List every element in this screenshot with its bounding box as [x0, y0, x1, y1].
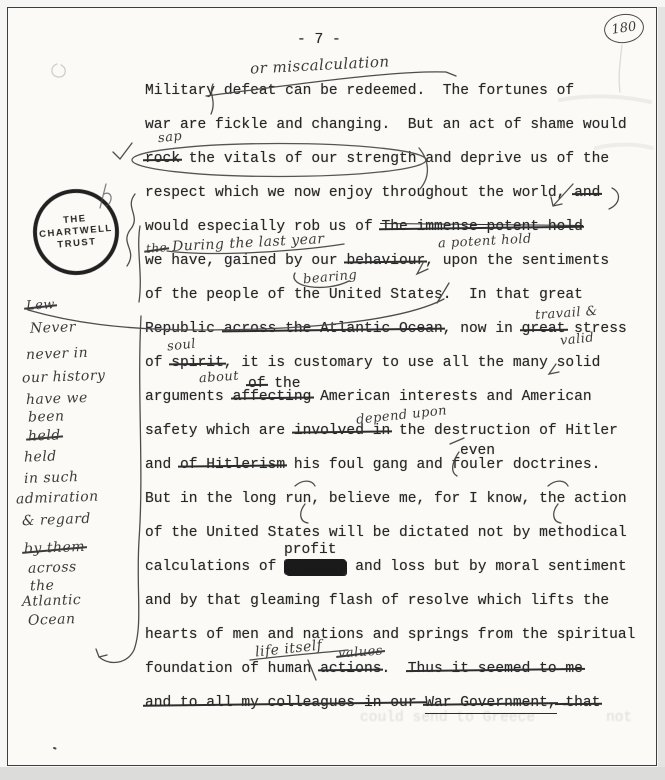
typed-line: arguments affecting American interests a… — [145, 387, 592, 407]
typed-line: war are fickle and changing. But an act … — [145, 115, 627, 135]
typed-line: hearts of men and nations and springs fr… — [145, 625, 635, 645]
margin-note: never in — [26, 345, 89, 363]
typed-line: Military defeat can be redeemed. The for… — [145, 81, 574, 101]
margin-note: have we — [26, 390, 88, 408]
typed-line: of the United States will be dictated no… — [145, 523, 627, 543]
typed-line: But in the long run, believe me, for I k… — [145, 489, 627, 509]
margin-note: across — [28, 559, 77, 577]
stamp-line: TRUST — [57, 236, 97, 251]
margin-note: by them — [24, 539, 86, 557]
margin-note: the — [30, 578, 55, 595]
page-number: - 7 - — [297, 30, 341, 50]
typed-line: calculations of product and loss but by … — [145, 557, 627, 577]
typed-line: Republic across the Atlantic Ocean, now … — [145, 319, 627, 339]
typed-line: and by that gleaming flash of resolve wh… — [145, 591, 609, 611]
margin-note: in such — [24, 469, 79, 487]
margin-note: admiration — [16, 489, 99, 508]
deleted-values: values — [338, 643, 384, 661]
insert-soul: soul — [166, 337, 196, 355]
typed-line: we have, gained by our behaviour, upon t… — [145, 251, 609, 271]
deleted-lew: Lew — [26, 297, 56, 313]
margin-note: our history — [22, 368, 106, 387]
deleted-the: the — [145, 240, 167, 256]
margin-note: held — [28, 427, 61, 444]
margin-note: been — [28, 408, 65, 425]
scan-edge-bottom — [0, 767, 665, 780]
scanned-typescript-page: { "page": { "number_label": "- 7 -", "fo… — [0, 0, 665, 780]
scan-edge-right — [658, 7, 665, 767]
typed-line: rock the vitals of our strength and depr… — [145, 149, 609, 169]
margin-note: Atlantic — [22, 592, 82, 610]
margin-note: Ocean — [28, 611, 76, 629]
typed-line: and of Hitlerism his foul gang and foule… — [145, 455, 600, 475]
margin-note: Never — [30, 319, 76, 337]
bleed-through-text: could send to Greece — [360, 710, 535, 726]
insert-sap: sap — [157, 129, 183, 146]
margin-note: held — [24, 448, 57, 465]
bleed-through-text: not — [606, 710, 632, 726]
typed-line: of the people of the United States. In t… — [145, 285, 583, 305]
insert-about: about — [199, 369, 240, 387]
typed-line: respect which we now enjoy throughout th… — [145, 183, 600, 203]
margin-note: & regard — [22, 511, 91, 529]
typed-line: foundation of human actions. Thus it see… — [145, 659, 583, 679]
